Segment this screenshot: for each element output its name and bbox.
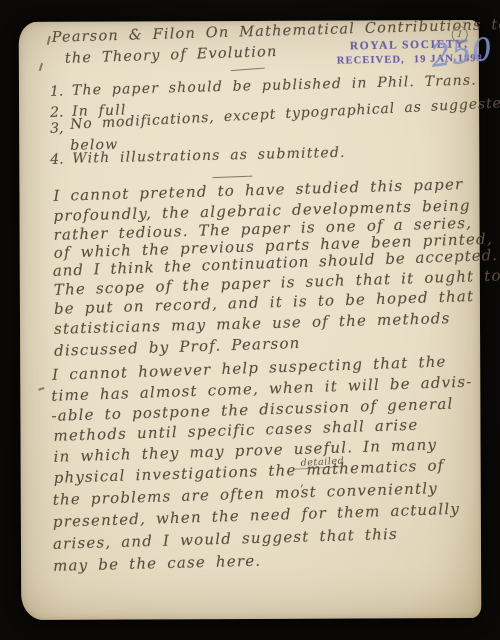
pencil-tick-icon <box>39 63 43 71</box>
list-item-4-number: 4. <box>50 152 64 168</box>
stamp-received-label: RECEIVED, <box>337 54 405 66</box>
manuscript-page: Pearson & Filon On Mathematical Contribu… <box>19 20 482 620</box>
pencil-tick-icon <box>38 387 44 390</box>
title-line-2: the Theory of Evolution <box>65 44 278 67</box>
list-item-1-text: The paper should be published in Phil. T… <box>72 73 477 99</box>
title-underline <box>231 68 265 72</box>
body-line: discussed by Prof. Pearson <box>54 334 301 360</box>
body-line: may be the case here. <box>53 552 262 575</box>
list-item-3-number: 3, <box>50 121 64 137</box>
list-item-3-text: No modifications, except typographical a… <box>70 95 500 133</box>
pencil-tick-icon <box>47 36 51 45</box>
scan-background: Pearson & Filon On Mathematical Contribu… <box>0 0 500 640</box>
list-item-1-number: 1. <box>50 84 64 100</box>
list-item-2-number: 2. <box>50 105 64 121</box>
page-number: 1 <box>456 29 463 41</box>
section-divider <box>212 176 252 179</box>
